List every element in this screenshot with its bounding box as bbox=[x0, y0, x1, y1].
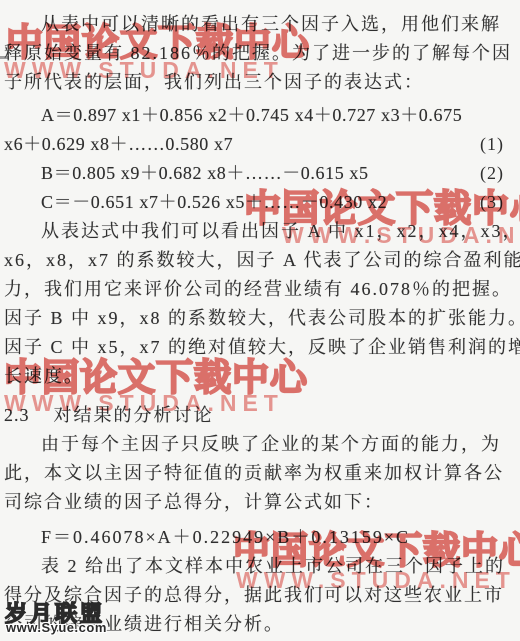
page-text: 从表中可以清晰的看出有三个因子入选，用他们来解 释原始变量有 82.186％的把… bbox=[4, 10, 516, 639]
section-heading: 2.3对结果的分析讨论 bbox=[4, 401, 516, 430]
paragraph-line: 力，我们用它来评价公司的经营业绩有 46.078％的把握。 bbox=[4, 275, 516, 304]
equation-body: A＝0.897 x1＋0.856 x2＋0.745 x4＋0.727 x3＋0.… bbox=[4, 101, 516, 130]
paragraph-4: 表 2 给出了本文样本中农业上市公司在三个因子上的 得分及综合因子的总得分，据此… bbox=[4, 552, 516, 639]
formula-f-row: F＝0.46078×A＋0.22949×B＋0.13159×C bbox=[4, 523, 516, 552]
section-title: 对结果的分析讨论 bbox=[54, 405, 214, 425]
equation-number: (1) bbox=[480, 130, 504, 159]
equation-number: (3) bbox=[480, 188, 504, 217]
paragraph-line: 子所代表的层面，我们列出三个因子的表达式： bbox=[4, 68, 516, 97]
paragraph-line: 长速度。 bbox=[4, 362, 516, 391]
paragraph-line: 从表中可以清晰的看出有三个因子入选，用他们来解 bbox=[4, 10, 516, 39]
paragraph-line: 因子 B 中 x9，x8 的系数较大，代表公司股本的扩张能力。 bbox=[4, 304, 516, 333]
paragraph-3: 由于每个主因子只反映了企业的某个方面的能力，为 此，本文以主因子特征值的贡献率为… bbox=[4, 430, 516, 517]
paragraph-line: 表 2 给出了本文样本中农业上市公司在三个因子上的 bbox=[4, 552, 516, 581]
equation-row: B＝0.805 x9＋0.682 x8＋……－0.615 x5 (2) bbox=[4, 159, 516, 188]
equation-row: x6＋0.629 x8＋……0.580 x7 (1) bbox=[4, 130, 516, 159]
paragraph-line: 释原始变量有 82.186％的把握。为了进一步的了解每个因 bbox=[4, 39, 516, 68]
scanned-paper-page: 中国论文下载中心 WWW.STUDA.NET 中国论文下载中心 WWW.STUD… bbox=[0, 0, 520, 641]
paragraph-line: 得分及综合因子的总得分，据此我们可以对这些农业上市 bbox=[4, 581, 516, 610]
paragraph-2: 从表达式中我们可以看出因子 A 中 x1，x2，x4，x3， x6，x8，x7 … bbox=[4, 217, 516, 391]
formula-f: F＝0.46078×A＋0.22949×B＋0.13159×C bbox=[4, 523, 516, 552]
paragraph-line: 公司的综合业绩进行相关分析。 bbox=[4, 610, 516, 639]
paragraph-line: 因子 C 中 x5，x7 的绝对值较大，反映了企业销售利润的增 bbox=[4, 333, 516, 362]
paragraph-line: 此，本文以主因子特征值的贡献率为权重来加权计算各公 bbox=[4, 459, 516, 488]
equation-block: A＝0.897 x1＋0.856 x2＋0.745 x4＋0.727 x3＋0.… bbox=[4, 101, 516, 217]
paragraph-line: 由于每个主因子只反映了企业的某个方面的能力，为 bbox=[4, 430, 516, 459]
equation-row: C＝－0.651 x7＋0.526 x5＋……－0.430 x2 (3) bbox=[4, 188, 516, 217]
equation-body: B＝0.805 x9＋0.682 x8＋……－0.615 x5 bbox=[4, 159, 516, 188]
equation-body: x6＋0.629 x8＋……0.580 x7 bbox=[4, 130, 516, 159]
paragraph-line: 从表达式中我们可以看出因子 A 中 x1，x2，x4，x3， bbox=[4, 217, 516, 246]
equation-number: (2) bbox=[480, 159, 504, 188]
paragraph-1: 从表中可以清晰的看出有三个因子入选，用他们来解 释原始变量有 82.186％的把… bbox=[4, 10, 516, 97]
section-number: 2.3 bbox=[4, 401, 30, 430]
paragraph-line: 司综合业绩的因子总得分，计算公式如下： bbox=[4, 488, 516, 517]
equation-row: A＝0.897 x1＋0.856 x2＋0.745 x4＋0.727 x3＋0.… bbox=[4, 101, 516, 130]
equation-body: C＝－0.651 x7＋0.526 x5＋……－0.430 x2 bbox=[4, 188, 516, 217]
paragraph-line: x6，x8，x7 的系数较大，因子 A 代表了公司的综合盈利能 bbox=[4, 246, 516, 275]
